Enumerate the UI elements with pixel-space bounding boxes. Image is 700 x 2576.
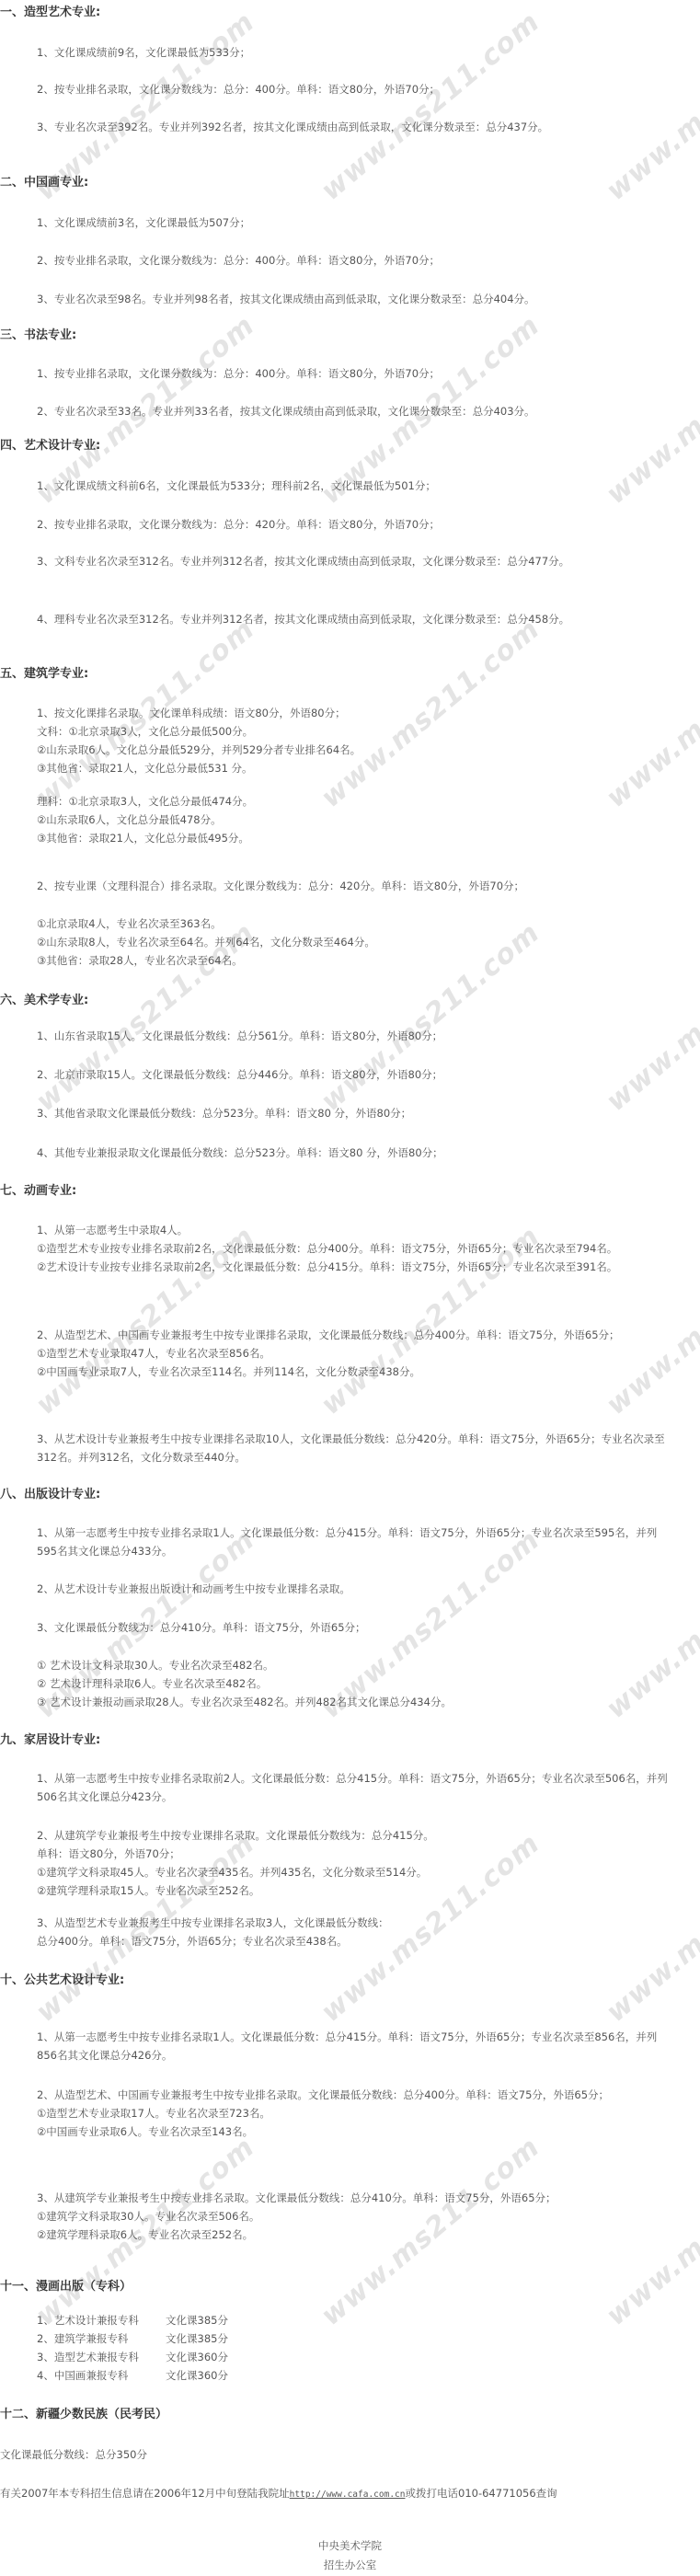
line: 2、从造型艺术、中国画专业兼报考生中按专业排名录取。文化课最低分数线：总分400… (37, 2086, 671, 2104)
line: 总分400分。单科：语文75分，外语65分；专业名次录至438名。 (37, 1932, 671, 1950)
section-heading-12: 十二、新疆少数民族（民考民） (0, 2406, 167, 2424)
line: ③其他省：录取21人，文化总分最低495分。 (37, 829, 671, 847)
section-4-item-3: 3、文科专业名次录至312名。专业并列312名者，按其文化课成绩由高到低录取，文… (37, 552, 671, 570)
section-11-table: 1、艺术设计兼报专科 文化课385分 2、建筑学兼报专科 文化课385分 3、造… (37, 2311, 228, 2385)
line: ②山东录取6人，文化总分最低478分。 (37, 811, 671, 829)
line: ①建筑学文科录取30人。专业名次录至506名。 (37, 2207, 671, 2225)
section-heading-2: 二、中国画专业: (0, 174, 88, 192)
line: ③其他省：录取21人，文化总分最低531 分。 (37, 759, 671, 777)
section-9-item-3: 3、从造型艺术专业兼报考生中按专业课排名录取3人，文化课最低分数线： 总分400… (37, 1914, 671, 1950)
section-7-item-2: 2、从造型艺术、中国画专业兼报考生中按专业课排名录取，文化课最低分数线：总分40… (37, 1326, 671, 1381)
footer-dept: 招生办公室 (0, 2556, 700, 2574)
section-1-item-1: 1、文化课成绩前9名，文化课最低为533分； (37, 43, 671, 62)
section-6-item-2: 2、北京市录取15人。文化课最低分数线：总分446分。单科：语文80分，外语80… (37, 1065, 671, 1084)
line: ③其他省：录取28人，专业名次录至64名。 (37, 951, 671, 970)
notice-prefix: 有关2007年本专科招生信息请在2006年12月中旬登陆我院址 (0, 2487, 290, 2500)
section-5-item-1-science: 理科：①北京录取3人，文化总分最低474分。 ②山东录取6人，文化总分最低478… (37, 792, 671, 847)
section-2-item-3: 3、专业名次录至98名。专业并列98名者，按其文化课成绩由高到低录取，文化课分数… (37, 290, 671, 308)
line: ②中国画专业录取7人，专业名次录至114名。并列114名，文化分数录至438分。 (37, 1363, 671, 1381)
section-7-item-1: 1、从第一志愿考生中录取4人。 ①造型艺术专业按专业排名录取前2名，文化课最低分… (37, 1221, 671, 1276)
program-name: 4、中国画兼报专科 (37, 2366, 166, 2385)
line: ①建筑学文科录取45人。专业名次录至435名。并列435名，文化分数录至514分… (37, 1863, 671, 1881)
section-5-item-2: 2、按专业课（文理科混合）排名录取。文化课分数线为：总分：420分。单科：语文8… (37, 877, 671, 895)
footer-notice: 有关2007年本专科招生信息请在2006年12月中旬登陆我院址http://ww… (0, 2484, 681, 2504)
section-7-item-3: 3、从艺术设计专业兼报考生中按专业课排名录取10人，文化课最低分数线：总分420… (37, 1430, 671, 1466)
section-heading-4: 四、艺术设计专业: (0, 437, 100, 455)
section-10-item-2: 2、从造型艺术、中国画专业兼报考生中按专业排名录取。文化课最低分数线：总分400… (37, 2086, 671, 2141)
section-heading-9: 九、家居设计专业: (0, 1731, 100, 1750)
section-heading-5: 五、建筑学专业: (0, 665, 88, 684)
line: 3、从建筑学专业兼报考生中按专业排名录取。文化课最低分数线：总分410分。单科：… (37, 2189, 671, 2207)
program-name: 2、建筑学兼报专科 (37, 2329, 166, 2348)
line: 1、从第一志愿考生中录取4人。 (37, 1221, 671, 1239)
line: ①造型艺术专业录取47人，专业名次录至856名。 (37, 1344, 671, 1363)
line: ②山东录取8人，专业名次录至64名。并列64名，文化分数录至464分。 (37, 933, 671, 951)
line: 3、从造型艺术专业兼报考生中按专业课排名录取3人，文化课最低分数线： (37, 1914, 671, 1932)
section-5-item-2-list: ①北京录取4人，专业名次录至363名。 ②山东录取8人，专业名次录至64名。并列… (37, 914, 671, 970)
section-1-item-3: 3、专业名次录至392名。专业并列392名者，按其文化课成绩由高到低录取，文化课… (37, 118, 671, 136)
section-8-item-3: 3、文化课最低分数线为：总分410分。单科：语文75分，外语65分； (37, 1618, 671, 1637)
section-10-item-1: 1、从第一志愿考生中按专业排名录取1人。文化课最低分数：总分415分。单科：语文… (37, 2028, 671, 2064)
section-4-item-1: 1、文化课成绩文科前6名，文化课最低为533分；理科前2名，文化课最低为501分… (37, 477, 671, 495)
line: 单科：语文80分，外语70分； (37, 1845, 671, 1863)
line: ② 艺术设计理科录取6人。专业名次录至482名。 (37, 1674, 671, 1693)
section-heading-6: 六、美术学专业: (0, 992, 88, 1010)
section-8-item-2: 2、从艺术设计专业兼报出版设计和动画考生中按专业课排名录取。 (37, 1580, 671, 1598)
section-heading-3: 三、书法专业: (0, 327, 76, 345)
table-row: 1、艺术设计兼报专科 文化课385分 (37, 2311, 228, 2329)
watermark-text: www.ms211.com (316, 6, 546, 207)
section-8-list: ① 艺术设计文科录取30人。专业名次录至482名。 ② 艺术设计理科录取6人。专… (37, 1656, 671, 1711)
notice-suffix: 或拨打电话010-64771056查询 (406, 2487, 557, 2500)
section-3-item-1: 1、按专业排名录取，文化课分数线为：总分：400分。单科：语文80分，外语70分… (37, 364, 671, 383)
section-heading-11: 十一、漫画出版（专科） (0, 2278, 132, 2296)
line: 2、从造型艺术、中国画专业兼报考生中按专业课排名录取，文化课最低分数线：总分40… (37, 1326, 671, 1344)
line: 2、从建筑学专业兼报考生中按专业课排名录取。文化课最低分数线为：总分415分。 (37, 1826, 671, 1845)
program-score: 文化课385分 (166, 2311, 228, 2329)
table-row: 3、造型艺术兼报专科 文化课360分 (37, 2348, 228, 2366)
section-10-item-3: 3、从建筑学专业兼报考生中按专业排名录取。文化课最低分数线：总分410分。单科：… (37, 2189, 671, 2244)
section-3-item-2: 2、专业名次录至33名。专业并列33名者，按其文化课成绩由高到低录取，文化课分数… (37, 402, 671, 420)
line: ①北京录取4人，专业名次录至363名。 (37, 914, 671, 933)
program-name: 3、造型艺术兼报专科 (37, 2348, 166, 2366)
section-heading-10: 十、公共艺术设计专业: (0, 1972, 124, 1990)
section-2-item-2: 2、按专业排名录取，文化课分数线为：总分：400分。单科：语文80分，外语70分… (37, 251, 671, 270)
program-score: 文化课360分 (166, 2366, 228, 2385)
section-1-item-2: 2、按专业排名录取，文化课分数线为：总分：400分。单科：语文80分，外语70分… (37, 80, 671, 98)
section-9-item-1: 1、从第一志愿考生中按专业排名录取前2人。文化课最低分数：总分415分。单科：语… (37, 1769, 671, 1806)
line: ③ 艺术设计兼报动画录取28人。专业名次录至482名。并列482名其文化课总分4… (37, 1693, 671, 1711)
section-6-item-1: 1、山东省录取15人。文化课最低分数线：总分561分。单科：语文80分，外语80… (37, 1027, 671, 1045)
section-6-item-4: 4、其他专业兼报录取文化课最低分数线：总分523分。单科：语文80 分，外语80… (37, 1144, 671, 1162)
program-score: 文化课385分 (166, 2329, 228, 2348)
section-8-item-1: 1、从第一志愿考生中按专业排名录取1人。文化课最低分数：总分415分。单科：语文… (37, 1524, 671, 1560)
section-heading-1: 一、造型艺术专业: (0, 4, 100, 22)
line: 文科：①北京录取3人，文化总分最低500分。 (37, 722, 671, 741)
section-5-item-1: 1、按文化课排名录取。文化课单科成绩：语文80分，外语80分； 文科：①北京录取… (37, 704, 671, 777)
section-4-item-4: 4、理科专业名次录至312名。专业并列312名者，按其文化课成绩由高到低录取，文… (37, 610, 671, 628)
section-6-item-3: 3、其他省录取文化课最低分数线：总分523分。单科：语文80 分，外语80分； (37, 1104, 671, 1122)
line: ① 艺术设计文科录取30人。专业名次录至482名。 (37, 1656, 671, 1674)
section-12-text: 文化课最低分数线：总分350分 (0, 2445, 681, 2464)
section-heading-8: 八、出版设计专业: (0, 1486, 100, 1504)
section-9-item-2: 2、从建筑学专业兼报考生中按专业课排名录取。文化课最低分数线为：总分415分。 … (37, 1826, 671, 1900)
line: ①造型艺术专业录取17人。专业名次录至723名。 (37, 2104, 671, 2122)
footer-org: 中央美术学院 (0, 2536, 700, 2555)
program-name: 1、艺术设计兼报专科 (37, 2311, 166, 2329)
line: 理科：①北京录取3人，文化总分最低474分。 (37, 792, 671, 811)
line: ②艺术设计专业按专业排名录取前2名，文化课最低分数：总分415分。单科：语文75… (37, 1258, 671, 1276)
line: 1、按文化课排名录取。文化课单科成绩：语文80分，外语80分； (37, 704, 671, 722)
table-row: 2、建筑学兼报专科 文化课385分 (37, 2329, 228, 2348)
program-score: 文化课360分 (166, 2348, 228, 2366)
line: ②山东录取6人。文化总分最低529分，并列529分者专业排名64名。 (37, 741, 671, 759)
watermark-text: www.ms211.com (601, 6, 700, 207)
line: ②建筑学理科录取6人。专业名次录至252名。 (37, 2225, 671, 2244)
section-2-item-1: 1、文化课成绩前3名，文化课最低为507分； (37, 213, 671, 232)
table-row: 4、中国画兼报专科 文化课360分 (37, 2366, 228, 2385)
line: ②中国画专业录取6人。专业名次录至143名。 (37, 2122, 671, 2141)
line: ②建筑学理科录取15人。专业名次录至252名。 (37, 1881, 671, 1900)
line: ①造型艺术专业按专业排名录取前2名，文化课最低分数：总分400分。单科：语文75… (37, 1239, 671, 1258)
website-link[interactable]: http://www.cafa.com.cn (290, 2490, 406, 2500)
section-heading-7: 七、动画专业: (0, 1182, 76, 1201)
section-4-item-2: 2、按专业排名录取，文化课分数线为：总分：420分。单科：语文80分，外语70分… (37, 515, 671, 534)
